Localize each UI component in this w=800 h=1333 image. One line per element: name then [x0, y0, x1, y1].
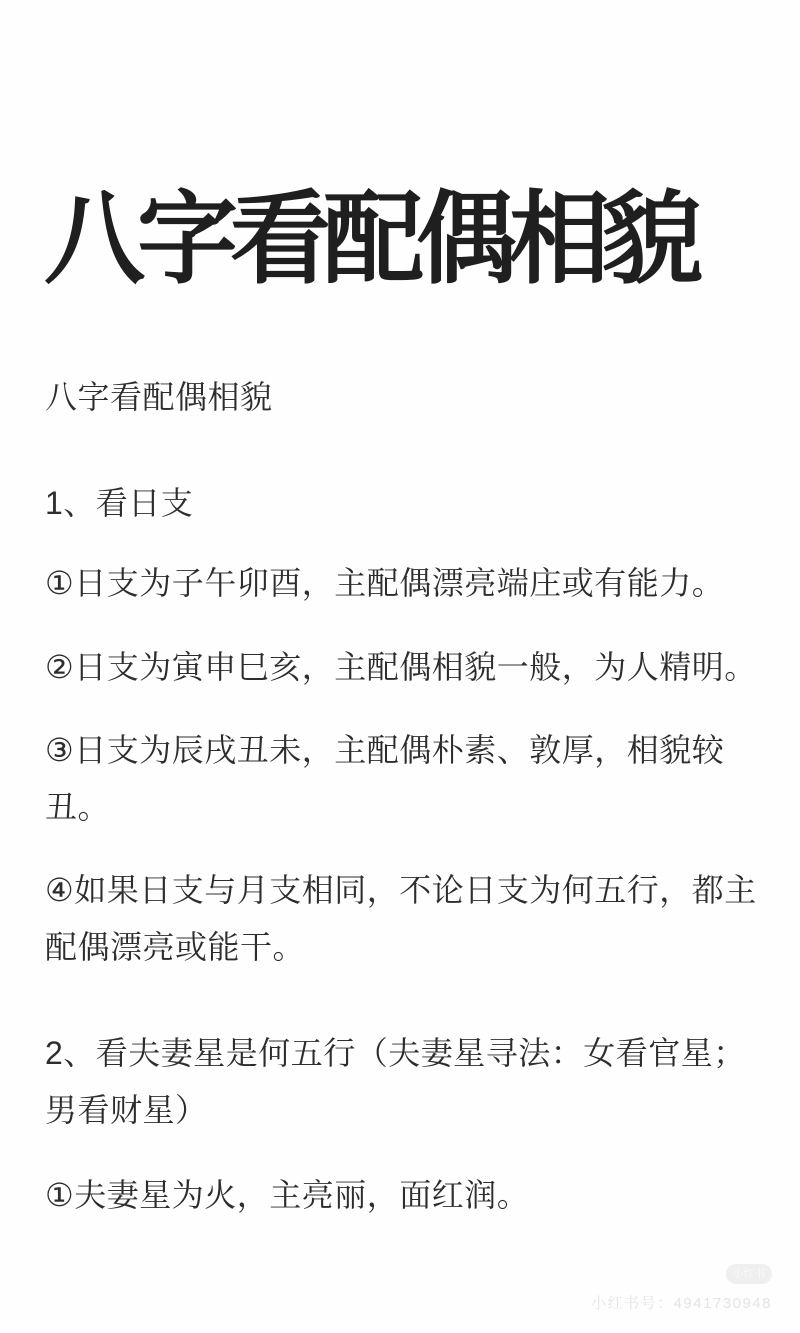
subtitle-paragraph: 八字看配偶相貌	[45, 369, 790, 426]
text-line: 男看财星）	[45, 1082, 790, 1139]
text-line: 八字看配偶相貌	[45, 369, 790, 426]
text-line: 1、看日支	[45, 475, 790, 532]
section-1-item-4: ④如果日支与月支相同，不论日支为何五行，都主 配偶漂亮或能干。	[45, 862, 790, 976]
xiaohongshu-badge: 小红书	[726, 1264, 772, 1284]
xiaohongshu-id-watermark: 小红书号：4941730948	[591, 1292, 772, 1313]
section-2-item-1: ①夫妻星为火，主亮丽，面红润。	[45, 1167, 790, 1224]
section-1-item-2: ②日支为寅申巳亥，主配偶相貌一般，为人精明。	[45, 639, 790, 696]
page-title: 八字看配偶相貌	[44, 182, 695, 298]
text-line: 丑。	[45, 779, 790, 836]
text-line: 配偶漂亮或能干。	[45, 919, 790, 976]
text-line: ①日支为子午卯酉，主配偶漂亮端庄或有能力。	[45, 555, 790, 612]
section-2-heading: 2、看夫妻星是何五行（夫妻星寻法：女看官星； 男看财星）	[45, 1025, 790, 1139]
section-1-heading: 1、看日支	[45, 475, 790, 532]
text-line: ②日支为寅申巳亥，主配偶相貌一般，为人精明。	[45, 639, 790, 696]
text-line: 2、看夫妻星是何五行（夫妻星寻法：女看官星；	[45, 1025, 790, 1082]
section-1-item-3: ③日支为辰戌丑未，主配偶朴素、敦厚，相貌较 丑。	[45, 722, 790, 836]
text-line: ③日支为辰戌丑未，主配偶朴素、敦厚，相貌较	[45, 722, 790, 779]
text-line: ①夫妻星为火，主亮丽，面红润。	[45, 1167, 790, 1224]
section-1-item-1: ①日支为子午卯酉，主配偶漂亮端庄或有能力。	[45, 555, 790, 612]
text-line: ④如果日支与月支相同，不论日支为何五行，都主	[45, 862, 790, 919]
page: 八字看配偶相貌 八字看配偶相貌 1、看日支 ①日支为子午卯酉，主配偶漂亮端庄或有…	[0, 0, 800, 1333]
